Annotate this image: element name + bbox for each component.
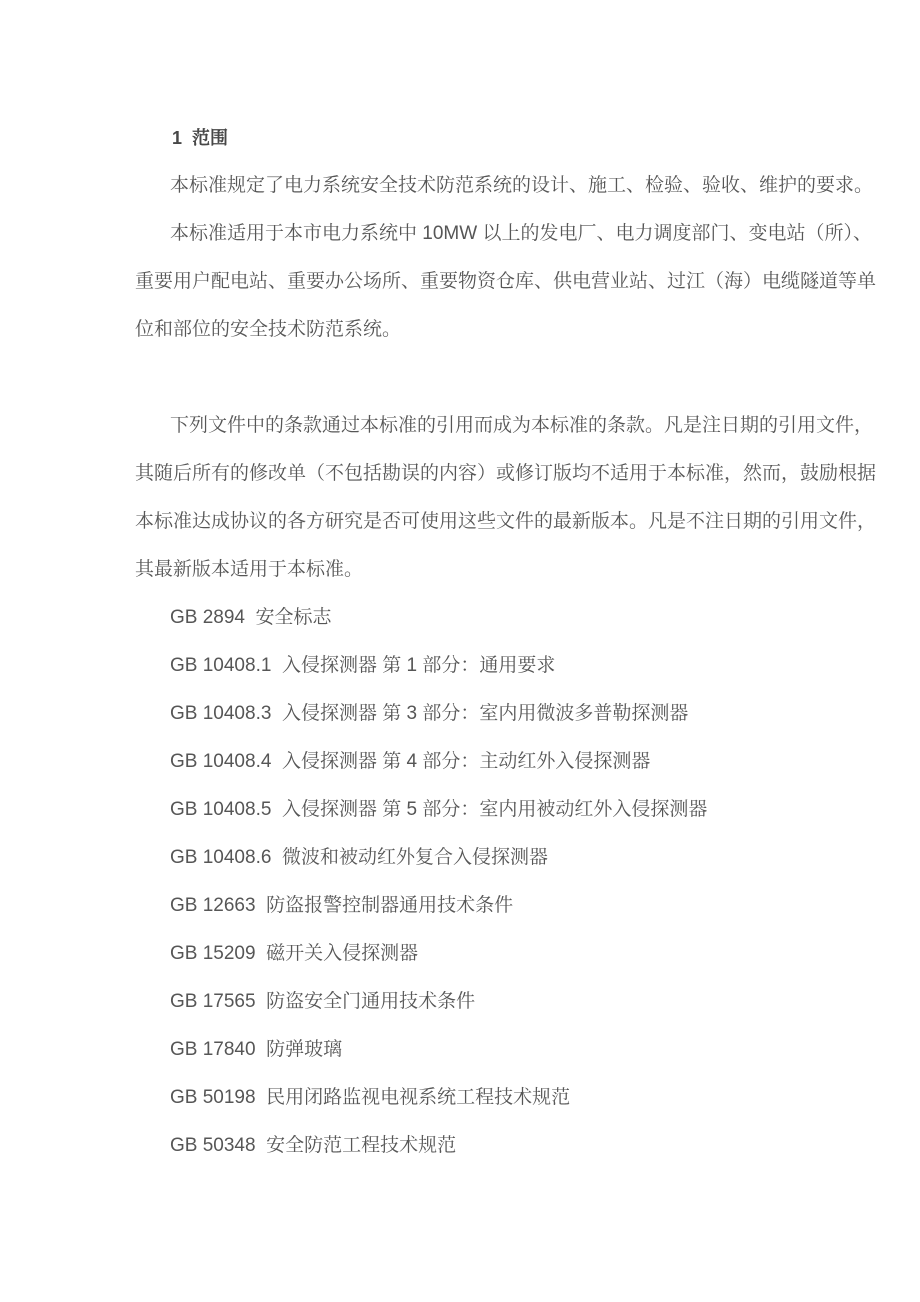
section-heading: 1 范围 — [135, 114, 836, 162]
reference-item: GB 15209 磁开关入侵探测器 — [135, 930, 836, 978]
scope-paragraph-2-line-2: 重要用户配电站、重要办公场所、重要物资仓库、供电营业站、过江（海）电缆隧道等单 — [135, 258, 836, 306]
references-intro-line-4: 其最新版本适用于本标准。 — [135, 546, 836, 594]
reference-item: GB 17840 防弹玻璃 — [135, 1026, 836, 1074]
reference-item: GB 10408.5 入侵探测器 第 5 部分：室内用被动红外入侵探测器 — [135, 786, 836, 834]
document-page: 1 范围 本标准规定了电力系统安全技术防范系统的设计、施工、检验、验收、维护的要… — [0, 0, 920, 1302]
reference-item: GB 10408.3 入侵探测器 第 3 部分：室内用微波多普勒探测器 — [135, 690, 836, 738]
reference-item: GB 50348 安全防范工程技术规范 — [135, 1122, 836, 1170]
scope-paragraph-2-line-1: 本标准适用于本市电力系统中 10MW 以上的发电厂、电力调度部门、变电站（所）、 — [135, 210, 836, 258]
references-intro-line-3: 本标准达成协议的各方研究是否可使用这些文件的最新版本。凡是不注日期的引用文件， — [135, 498, 836, 546]
scope-paragraph-1-line-1: 本标准规定了电力系统安全技术防范系统的设计、施工、检验、验收、维护的要求。 — [135, 162, 836, 210]
reference-item: GB 10408.1 入侵探测器 第 1 部分：通用要求 — [135, 642, 836, 690]
references-intro-line-1: 下列文件中的条款通过本标准的引用而成为本标准的条款。凡是注日期的引用文件， — [135, 402, 836, 450]
reference-item: GB 50198 民用闭路监视电视系统工程技术规范 — [135, 1074, 836, 1122]
reference-item: GB 17565 防盗安全门通用技术条件 — [135, 978, 836, 1026]
paragraph-spacer — [135, 354, 836, 402]
reference-item: GB 10408.6 微波和被动红外复合入侵探测器 — [135, 834, 836, 882]
reference-item: GB 12663 防盗报警控制器通用技术条件 — [135, 882, 836, 930]
reference-item: GB 2894 安全标志 — [135, 594, 836, 642]
reference-item: GB 10408.4 入侵探测器 第 4 部分：主动红外入侵探测器 — [135, 738, 836, 786]
references-intro-line-2: 其随后所有的修改单（不包括勘误的内容）或修订版均不适用于本标准，然而，鼓励根据 — [135, 450, 836, 498]
scope-paragraph-2-line-3: 位和部位的安全技术防范系统。 — [135, 306, 836, 354]
